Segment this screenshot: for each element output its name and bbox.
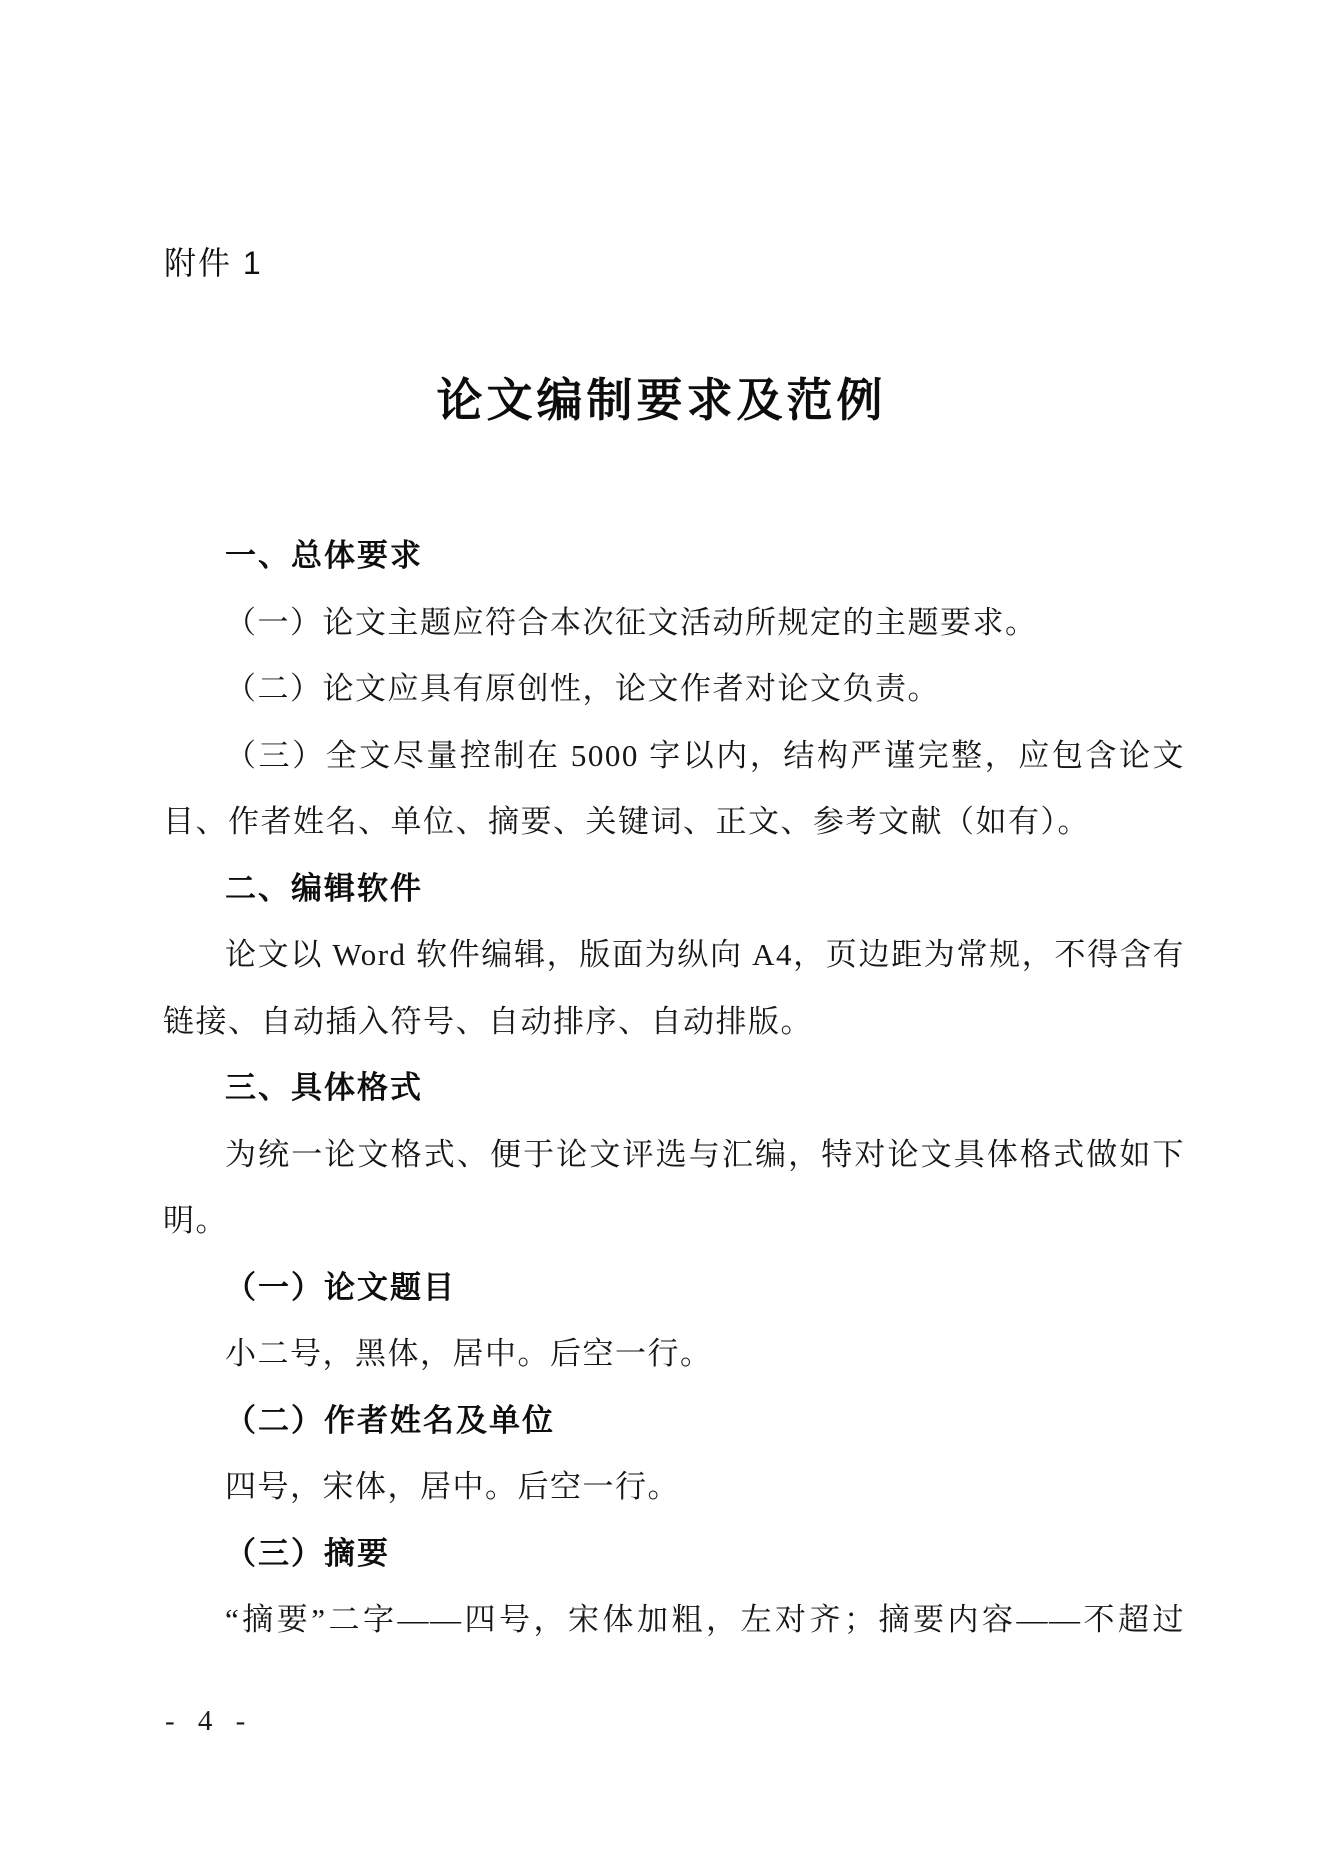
document-title: 论文编制要求及范例	[0, 374, 1323, 428]
text-line: “摘要”二字——四号，宋体加粗，左对齐；摘要内容——不超过	[163, 1587, 1185, 1654]
heading-line: （三）摘要	[163, 1521, 1185, 1588]
heading-line: 二、编辑软件	[163, 856, 1185, 923]
attachment-label: 附件 1	[164, 244, 263, 282]
document-body: 一、总体要求（一）论文主题应符合本次征文活动所规定的主题要求。（二）论文应具有原…	[163, 523, 1185, 1654]
document-page: 附件 1 论文编制要求及范例 一、总体要求（一）论文主题应符合本次征文活动所规定…	[0, 0, 1323, 1871]
heading-line: 一、总体要求	[163, 523, 1185, 590]
text-line: 明。	[163, 1188, 1185, 1255]
heading-line: （一）论文题目	[163, 1255, 1185, 1322]
text-line: 小二号，黑体，居中。后空一行。	[163, 1321, 1185, 1388]
text-line: 四号，宋体，居中。后空一行。	[163, 1454, 1185, 1521]
text-line: （一）论文主题应符合本次征文活动所规定的主题要求。	[163, 590, 1185, 657]
text-line: 为统一论文格式、便于论文评选与汇编，特对论文具体格式做如下说	[163, 1122, 1185, 1189]
heading-line: （二）作者姓名及单位	[163, 1388, 1185, 1455]
text-line: （三）全文尽量控制在 5000 字以内，结构严谨完整，应包含论文题	[163, 723, 1185, 790]
text-line: 论文以 Word 软件编辑，版面为纵向 A4，页边距为常规，不得含有超	[163, 922, 1185, 989]
text-line: （二）论文应具有原创性，论文作者对论文负责。	[163, 656, 1185, 723]
heading-line: 三、具体格式	[163, 1055, 1185, 1122]
text-line: 链接、自动插入符号、自动排序、自动排版。	[163, 989, 1185, 1056]
page-number: - 4 -	[165, 1703, 253, 1739]
text-line: 目、作者姓名、单位、摘要、关键词、正文、参考文献（如有）。	[163, 789, 1185, 856]
